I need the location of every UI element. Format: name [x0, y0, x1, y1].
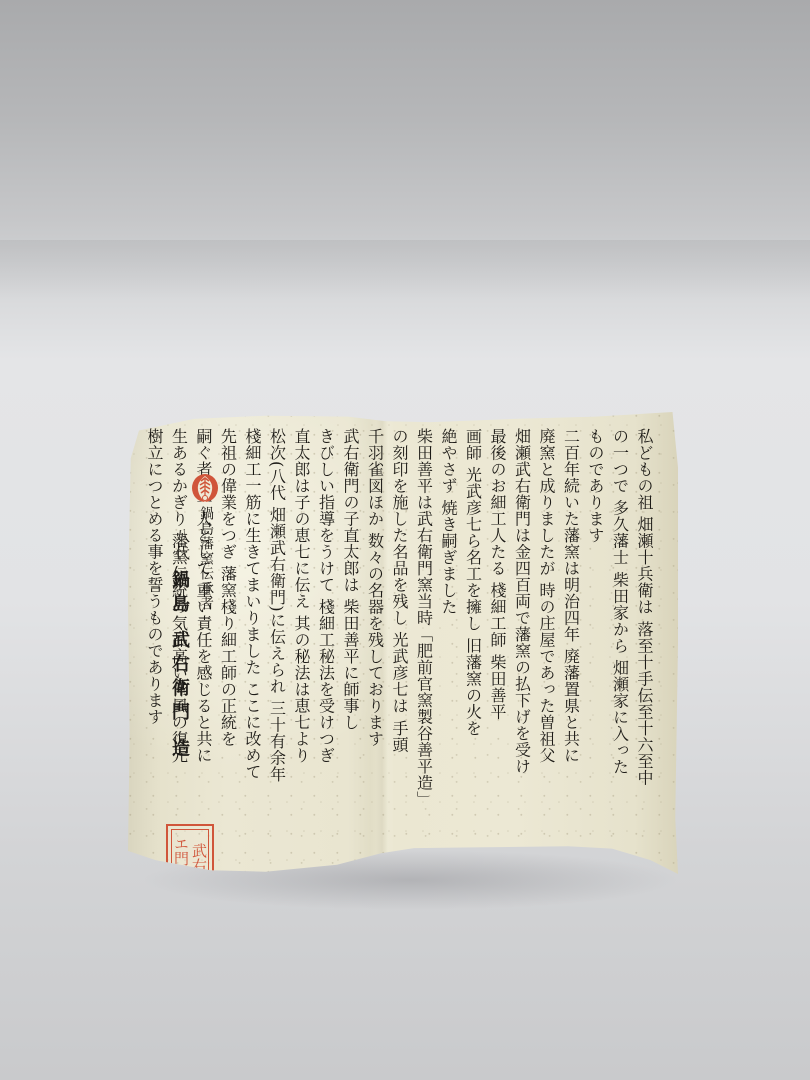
text-line: の刻印を施した名品を残し 光武彦七は 手頭: [387, 428, 412, 858]
text-line: 柴田善平は武右衛門窯当時「肥前官窯製谷善平造」: [411, 428, 436, 858]
text-line: ものであります: [583, 428, 608, 858]
text-line: 廃窯と成りましたが 時の庄屋であった曽祖父: [534, 428, 559, 858]
text-line: の一つで 多久藩士 柴田家から 畑瀬家に入った: [607, 428, 632, 858]
text-line: 直太郎は子の恵七に伝え 其の秘法は恵七より: [289, 428, 314, 858]
family-crest-icon: [190, 472, 220, 506]
background-wall-shade: [0, 240, 810, 300]
text-line: 武右衛門の子直太郎は 柴田善平に師事し: [338, 428, 363, 858]
signature-name: 鍋島 武右衛門 造: [166, 570, 192, 763]
text-line: 最後のお細工人たる 棧細工師 柴田善平: [485, 428, 510, 858]
signature-block: 鍋島藩窯伝承者 八代 鍋島 武右衛門 造 武右 エ門作: [152, 472, 232, 772]
text-line: 松次(八代 畑瀬武右衛門)に伝えられ 三十有余年: [264, 428, 289, 858]
text-line: 千羽雀図ほか 数々の名器を残しております: [362, 428, 387, 858]
text-line: 二百年続いた藩窯は明治四年 廃藩置県と共に: [558, 428, 583, 858]
text-line: 畑瀬武右衛門は金四百両で藩窯の払下げを受け: [509, 428, 534, 858]
text-line: 絶やさず 焼き嗣ぎました: [436, 428, 461, 858]
text-line: きびしい指導をうけて 棧細工秘法を受けつぎ: [313, 428, 338, 858]
paragraph-kiln-history: 二百年続いた藩窯は明治四年 廃藩置県と共に 廃窯と成りましたが 時の庄屋であった…: [436, 428, 583, 858]
signature-title: 鍋島藩窯伝承者: [196, 506, 216, 611]
text-line: 画師 光武彦七ら名工を擁し 旧藩窯の火を: [460, 428, 485, 858]
paragraph-lineage: 私どもの祖 畑瀬十兵衛は 落至十手伝至十六至中 の一つで 多久藩士 柴田家から …: [583, 428, 657, 858]
text-line: 私どもの祖 畑瀬十兵衛は 落至十手伝至十六至中: [632, 428, 657, 858]
text-line: 棧細工一筋に生きてまいりました ここに改めて: [240, 428, 265, 858]
signature-generation: 八代: [172, 528, 193, 562]
certificate-paper: 私どもの祖 畑瀬十兵衛は 落至十手伝至十六至中 の一つで 多久藩士 柴田家から …: [128, 412, 678, 874]
